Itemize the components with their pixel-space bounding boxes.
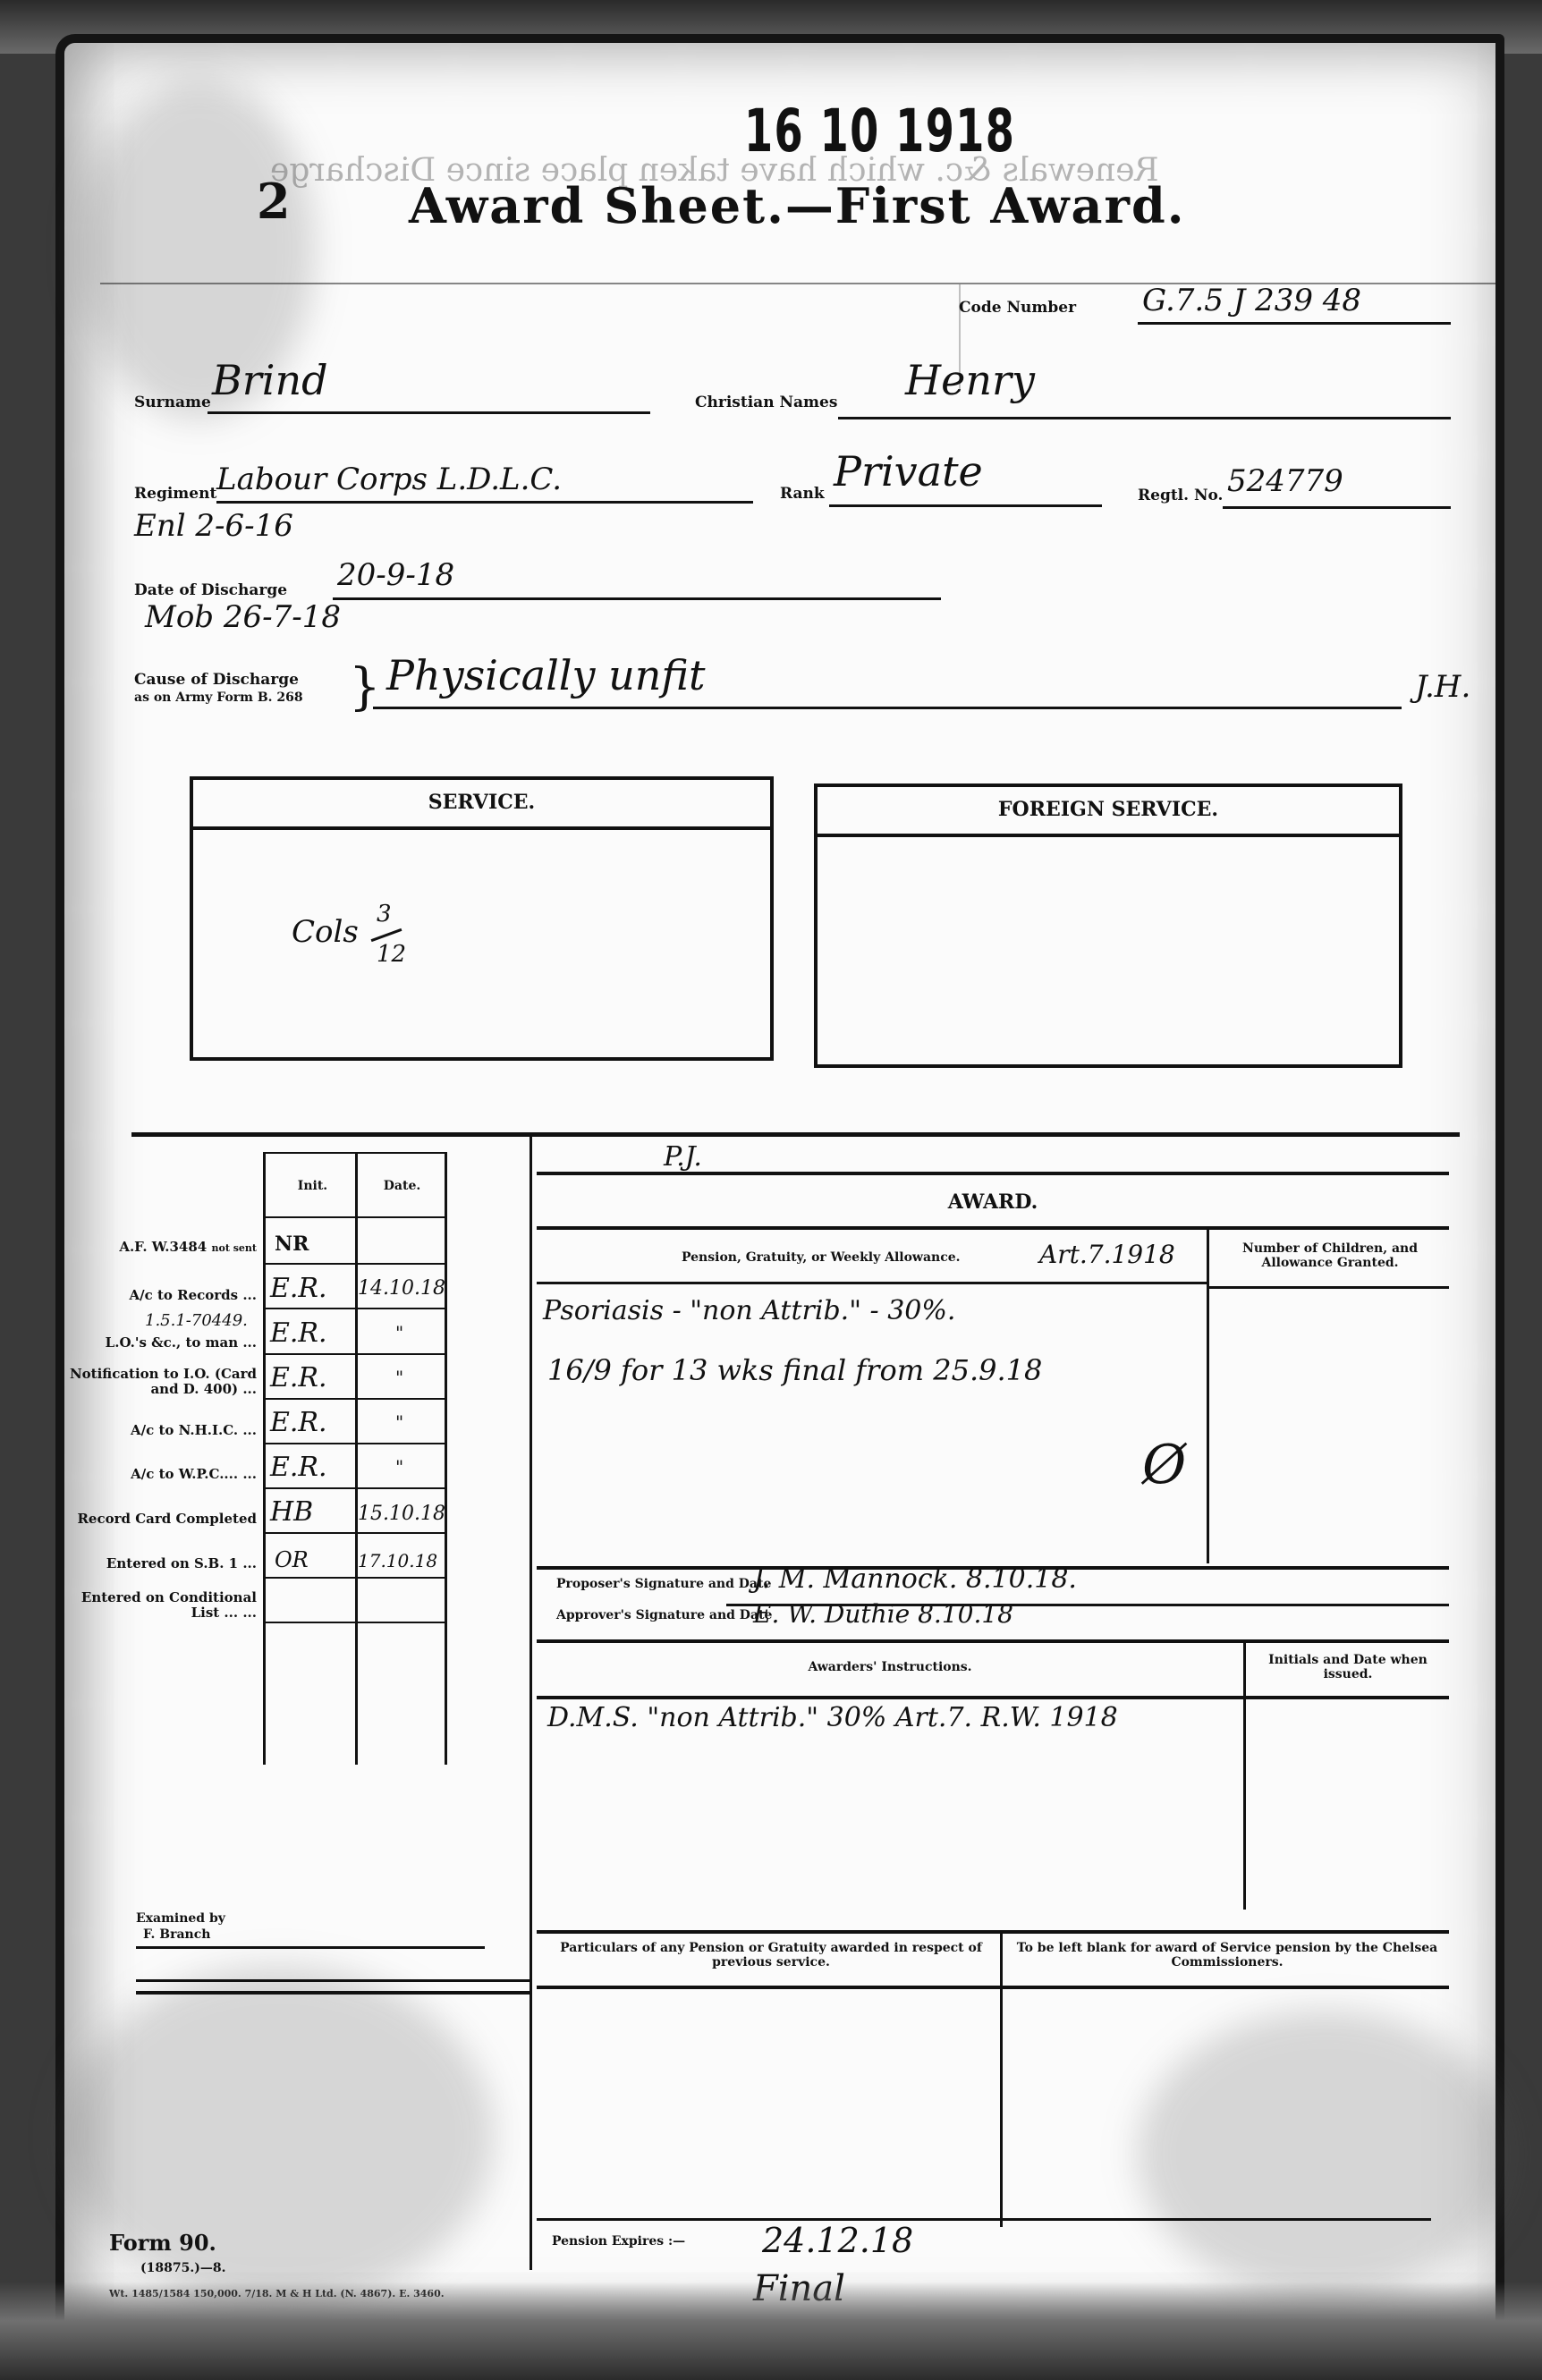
cause-underline bbox=[373, 707, 1402, 709]
children-label: Number of Children, and Allowance Grante… bbox=[1218, 1241, 1442, 1270]
rule bbox=[537, 1986, 1449, 1989]
rule bbox=[537, 1172, 1449, 1175]
rule bbox=[537, 1639, 1449, 1643]
bottom-column-divider bbox=[1000, 1932, 1003, 2227]
surname-value: Brind bbox=[212, 356, 328, 404]
enlisted-note: Enl 2-6-16 bbox=[134, 508, 293, 544]
checklist-init: E.R. bbox=[270, 1317, 327, 1349]
service-fraction-top: 3 bbox=[377, 901, 392, 927]
rule bbox=[537, 1282, 1207, 1284]
section-divider bbox=[131, 1132, 1460, 1137]
code-number-label: Code Number bbox=[959, 299, 1076, 317]
approver-label: Approver's Signature and Date bbox=[556, 1608, 772, 1622]
regtl-no-label: Regtl. No. bbox=[1138, 487, 1223, 504]
rule bbox=[263, 1353, 445, 1355]
checklist-date: 17.10.18 bbox=[358, 1550, 437, 1571]
issued-column-divider bbox=[1243, 1641, 1246, 1910]
award-initial-mark: Ø bbox=[1142, 1434, 1186, 1496]
code-number-underline bbox=[1138, 322, 1451, 325]
service-entry: Cols bbox=[292, 914, 359, 950]
checklist-vline bbox=[445, 1152, 447, 1765]
checklist-date: " bbox=[395, 1411, 403, 1433]
checklist-row-label: A.F. W.3484 not sent bbox=[51, 1240, 257, 1256]
rule bbox=[263, 1487, 445, 1489]
checklist: Init. Date. A.F. W.3484 not sent NR A/c … bbox=[136, 1152, 530, 1796]
christian-names-value: Henry bbox=[905, 356, 1035, 404]
form-code: (18875.)—8. bbox=[140, 2261, 225, 2275]
pension-ref: Art.7.1918 bbox=[1039, 1240, 1175, 1269]
date-of-discharge-value: 20-9-18 bbox=[337, 557, 454, 593]
checklist-annotation: 1.5.1-70449. bbox=[145, 1311, 248, 1330]
checklist-row-label: A/c to W.P.C.... ... bbox=[51, 1467, 257, 1482]
column-divider bbox=[530, 1134, 532, 2270]
foreign-service-heading: FOREIGN SERVICE. bbox=[818, 798, 1399, 821]
col-initials-header: Init. bbox=[270, 1179, 355, 1193]
rule bbox=[537, 1930, 1449, 1934]
rule bbox=[263, 1216, 445, 1218]
regiment-value: Labour Corps L.D.L.C. bbox=[216, 462, 562, 497]
mob-note: Mob 26-7-18 bbox=[145, 599, 341, 635]
rule bbox=[263, 1398, 445, 1400]
rank-label: Rank bbox=[780, 485, 825, 503]
award-heading: AWARD. bbox=[537, 1190, 1449, 1214]
pension-expires-label: Pension Expires :— bbox=[552, 2234, 685, 2249]
chelsea-label: To be left blank for award of Service pe… bbox=[1008, 1941, 1446, 1969]
form-number: Form 90. bbox=[109, 2230, 216, 2256]
page-title: Award Sheet.—First Award. bbox=[409, 177, 1186, 234]
rule bbox=[537, 1696, 1449, 1699]
army-form-label: as on Army Form B. 268 bbox=[134, 690, 303, 705]
cause-initials: J.H. bbox=[1415, 669, 1470, 705]
margin-mark: 2 bbox=[257, 173, 291, 230]
rank-value: Private bbox=[834, 447, 983, 495]
checklist-row-label: A/c to Records ... bbox=[51, 1288, 257, 1303]
date-of-discharge-label: Date of Discharge bbox=[134, 581, 287, 599]
rule bbox=[263, 1152, 445, 1154]
rule bbox=[263, 1443, 445, 1444]
checklist-init: E.R. bbox=[270, 1452, 327, 1483]
stain bbox=[1138, 2011, 1513, 2297]
code-number-value: G.7.5 J 239 48 bbox=[1142, 283, 1361, 318]
col-date-header: Date. bbox=[360, 1179, 445, 1193]
checklist-row-label: Entered on Conditional List ... ... bbox=[51, 1590, 257, 1621]
regiment-label: Regiment bbox=[134, 485, 216, 503]
proposer-label: Proposer's Signature and Date bbox=[556, 1577, 771, 1591]
award-terms: 16/9 for 13 wks final from 25.9.18 bbox=[547, 1353, 1042, 1387]
issued-label: Initials and Date when issued. bbox=[1250, 1653, 1446, 1681]
rule bbox=[263, 1532, 445, 1534]
christian-names-label: Christian Names bbox=[695, 394, 837, 411]
scan-border-bottom bbox=[0, 2282, 1542, 2380]
rule bbox=[1209, 1286, 1449, 1289]
service-heading: SERVICE. bbox=[193, 791, 770, 814]
rule bbox=[136, 1979, 530, 1982]
rule bbox=[263, 1577, 445, 1579]
rule bbox=[537, 2218, 1431, 2221]
checklist-date: " bbox=[395, 1322, 403, 1343]
rule bbox=[263, 1622, 445, 1623]
award-diagnosis: Psoriasis - "non Attrib." - 30%. bbox=[543, 1295, 955, 1326]
cause-of-discharge-label: Cause of Discharge bbox=[134, 671, 299, 689]
previous-service-label: Particulars of any Pension or Gratuity a… bbox=[547, 1941, 995, 1969]
discharge-underline bbox=[333, 597, 941, 600]
awarders-instructions: D.M.S. "non Attrib." 30% Art.7. R.W. 191… bbox=[547, 1702, 1118, 1733]
checklist-init: E.R. bbox=[270, 1407, 327, 1438]
rank-underline bbox=[829, 504, 1102, 507]
regiment-underline bbox=[216, 501, 753, 504]
regtl-no-value: 524779 bbox=[1227, 463, 1343, 499]
foreign-service-box: FOREIGN SERVICE. bbox=[814, 783, 1402, 1068]
checklist-row-label: A/c to N.H.I.C. ... bbox=[51, 1423, 257, 1438]
foreign-heading-rule bbox=[818, 834, 1399, 837]
christian-names-underline bbox=[838, 417, 1451, 419]
rule bbox=[263, 1308, 445, 1309]
rule bbox=[263, 1263, 445, 1265]
checklist-vline bbox=[355, 1152, 358, 1765]
checklist-date: 14.10.18 bbox=[358, 1277, 445, 1300]
checklist-row-label: Notification to I.O. (Card and D. 400) .… bbox=[51, 1367, 257, 1397]
rule bbox=[537, 1226, 1449, 1230]
regtl-no-underline bbox=[1223, 506, 1451, 509]
checklist-date: " bbox=[395, 1456, 403, 1478]
service-box: SERVICE. Cols 3 12 bbox=[190, 776, 774, 1061]
surname-underline bbox=[208, 411, 650, 414]
children-column-divider bbox=[1207, 1228, 1209, 1563]
checklist-init: E.R. bbox=[270, 1362, 327, 1393]
pension-expires-value: 24.12.18 bbox=[762, 2221, 913, 2260]
checklist-init: E.R. bbox=[270, 1273, 327, 1304]
pension-label: Pension, Gratuity, or Weekly Allowance. bbox=[682, 1250, 961, 1265]
proposer-signature: J. M. Mannock. 8.10.18. bbox=[753, 1563, 1077, 1595]
checklist-date: 15.10.18 bbox=[358, 1503, 445, 1525]
approver-signature: E. W. Duthie 8.10.18 bbox=[753, 1599, 1013, 1629]
checklist-row-label: Entered on S.B. 1 ... bbox=[51, 1556, 257, 1571]
checklist-date: " bbox=[395, 1367, 403, 1388]
service-heading-rule bbox=[193, 826, 770, 830]
awarders-instructions-label: Awarders' Instructions. bbox=[537, 1660, 1243, 1674]
checklist-init: HB bbox=[270, 1496, 313, 1528]
checklist-init: OR bbox=[275, 1547, 309, 1572]
checklist-vline bbox=[263, 1152, 266, 1765]
award-top-mark: P.J. bbox=[664, 1141, 702, 1173]
checklist-init: NR bbox=[275, 1232, 309, 1256]
checklist-row-label: Record Card Completed bbox=[51, 1512, 257, 1527]
service-fraction-bottom: 12 bbox=[377, 941, 406, 968]
rule bbox=[136, 1991, 530, 1995]
cause-of-discharge-value: Physically unfit bbox=[386, 651, 706, 699]
examined-by-label: Examined byF. Branch bbox=[136, 1910, 225, 1943]
fraction-bar bbox=[371, 928, 402, 942]
checklist-row-label: L.O.'s &c., to man ... bbox=[51, 1335, 257, 1351]
surname-label: Surname bbox=[134, 394, 211, 411]
rule bbox=[136, 1946, 485, 1949]
award-sheet-page: 16 10 1918 Renewals &c. which have taken… bbox=[55, 34, 1504, 2333]
